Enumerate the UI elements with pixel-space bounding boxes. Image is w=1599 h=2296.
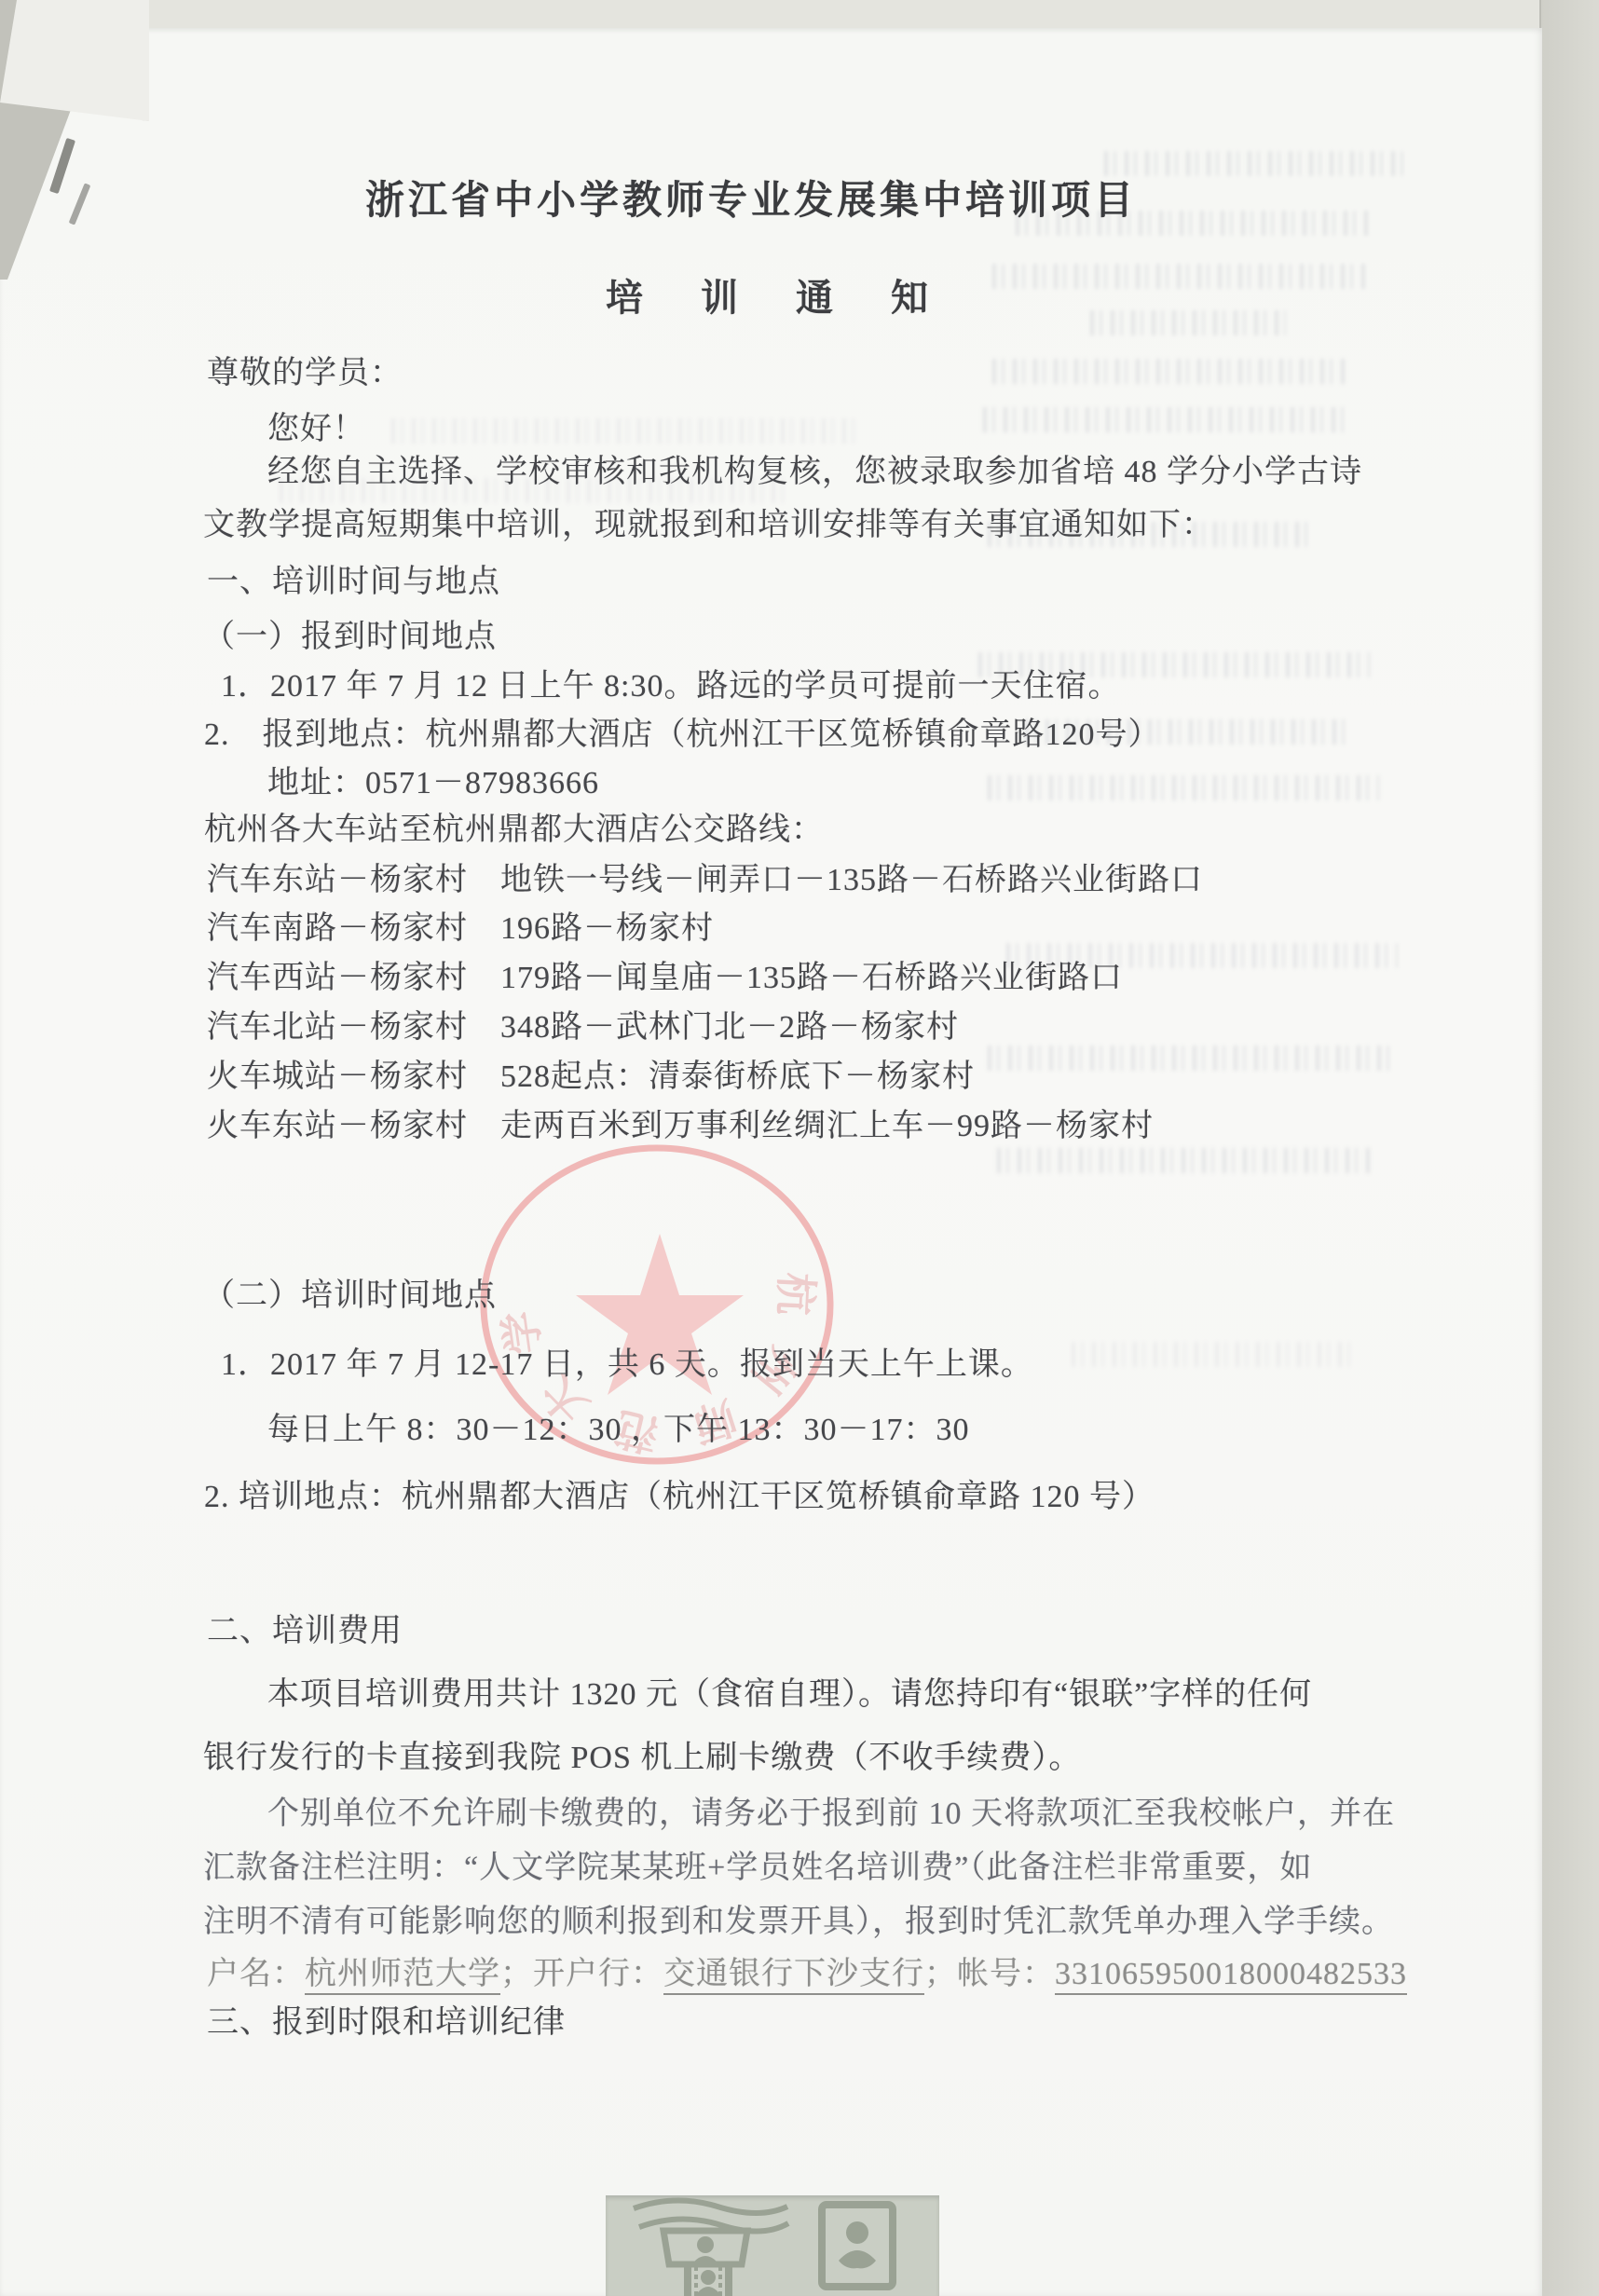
bus-route-line: 汽车南路－杨家村 196路－杨家村	[207, 902, 714, 948]
section1-sub2-heading: （二）培训时间地点	[203, 1269, 497, 1315]
scanned-training-notice-page: { "doc": { "title": "浙江省中小学教师专业发展集中培训项目"…	[0, 0, 1599, 2296]
scanner-bed-top-strip	[0, 0, 1599, 30]
hotel-phone: 地址：0571－87983666	[267, 757, 599, 802]
bus-route-line: 火车东站－杨家村 走两百米到万事利丝绸汇上车－99路－杨家村	[207, 1100, 1154, 1145]
filmstrip-photos-icon	[663, 2231, 747, 2296]
greeting: 您好！	[267, 403, 365, 448]
fee-paragraph-line-1: 本项目培训费用共计 1320 元（食宿自理）。请您持印有“银联”字样的任何	[267, 1668, 1312, 1714]
document-title: 浙江省中小学教师专业发展集中培训项目	[365, 170, 1137, 225]
photo-frame-icon	[822, 2205, 893, 2287]
document-subtitle: 培 训 通 知	[606, 268, 952, 321]
bus-routes-intro: 杭州各大车站至杭州鼎都大酒店公交路线：	[204, 803, 824, 849]
bleedthrough-smudge	[997, 1148, 1370, 1173]
section1-sub1-heading: （一）报到时间地点	[203, 610, 497, 656]
wave-lines-icon	[634, 2200, 788, 2231]
scanner-bed-right-strip	[1539, 0, 1599, 2296]
bleedthrough-smudge	[988, 1045, 1398, 1071]
scanner-object-panel	[606, 2195, 939, 2296]
bleedthrough-smudge	[992, 264, 1365, 289]
account-holder-name: 杭州师范大学	[305, 1957, 500, 1995]
remit-paragraph-line-2: 汇款备注栏注明：“人文学院某某班+学员姓名培训费”（此备注栏非常重要，如	[203, 1841, 1312, 1887]
fee-paragraph-line-2: 银行发行的卡直接到我院 POS 机上刷卡缴费（不收手续费）。	[203, 1731, 1081, 1777]
checkin-place-item: 2. 报到地点：杭州鼎都大酒店（杭州江干区笕桥镇俞章路120号）	[204, 708, 1161, 754]
training-place-item: 2. 培训地点：杭州鼎都大酒店（杭州江干区笕桥镇俞章路 120 号）	[204, 1470, 1155, 1516]
account-number: 331065950018000482533	[1055, 1957, 1407, 1995]
bus-route-line: 火车城站－杨家村 528起点：清泰街桥底下－杨家村	[207, 1050, 975, 1096]
bleedthrough-smudge	[988, 775, 1379, 800]
account-bank-label: ；开户行：	[500, 1957, 663, 1991]
bus-route-line: 汽车北站－杨家村 348路－武林门北－2路－杨家村	[207, 1001, 959, 1046]
account-number-label: ；帐号：	[924, 1957, 1055, 1991]
remit-paragraph-line-1: 个别单位不允许刷卡缴费的，请务必于报到前 10 天将款项汇至我校帐户，并在	[267, 1787, 1395, 1833]
paper-corner-fold	[0, 0, 149, 121]
bleedthrough-smudge	[1090, 310, 1286, 335]
bus-route-line: 汽车西站－杨家村 179路－闻皇庙－135路－石桥路兴业街路口	[207, 951, 1123, 997]
daily-schedule: 每日上午 8：30－12：30 ，下午 13：30－17：30	[267, 1403, 970, 1449]
bleedthrough-smudge	[1104, 151, 1412, 176]
intro-line-2: 文教学提高短期集中培训，现就报到和培训安排等有关事宜通知如下：	[203, 499, 1214, 544]
bleedthrough-smudge	[1072, 1342, 1351, 1367]
bleedthrough-smudge	[391, 418, 857, 444]
section3-heading: 三、报到时限和培训纪律	[207, 1996, 566, 2042]
bank-account-line: 户名：杭州师范大学；开户行：交通银行下沙支行；帐号：33106595001800…	[207, 1947, 1407, 1993]
panel-graphics	[606, 2195, 939, 2296]
intro-line-1: 经您自主选择、学校审核和我机构复核，您被录取参加省培 48 学分小学古诗	[267, 445, 1362, 491]
salutation: 尊敬的学员：	[207, 347, 403, 392]
account-name-label: 户名：	[207, 1957, 305, 1991]
bleedthrough-smudge	[992, 359, 1346, 384]
checkin-time-item: 1．2017 年 7 月 12 日上午 8:30。路远的学员可提前一天住宿。	[221, 660, 1120, 705]
training-dates-item: 1．2017 年 7 月 12-17 日，共 6 天。报到当天上午上课。	[221, 1338, 1033, 1384]
bleedthrough-smudge	[983, 407, 1346, 432]
account-bank-name: 交通银行下沙支行	[663, 1957, 924, 1995]
remit-paragraph-line-3: 注明不清有可能影响您的顺利报到和发票开具），报到时凭汇款凭单办理入学手续。	[203, 1895, 1394, 1941]
section1-heading: 一、培训时间与地点	[207, 555, 500, 601]
section2-heading: 二、培训费用	[207, 1605, 403, 1650]
bus-route-line: 汽车东站－杨家村 地铁一号线－闸弄口－135路－石桥路兴业街路口	[207, 854, 1203, 899]
